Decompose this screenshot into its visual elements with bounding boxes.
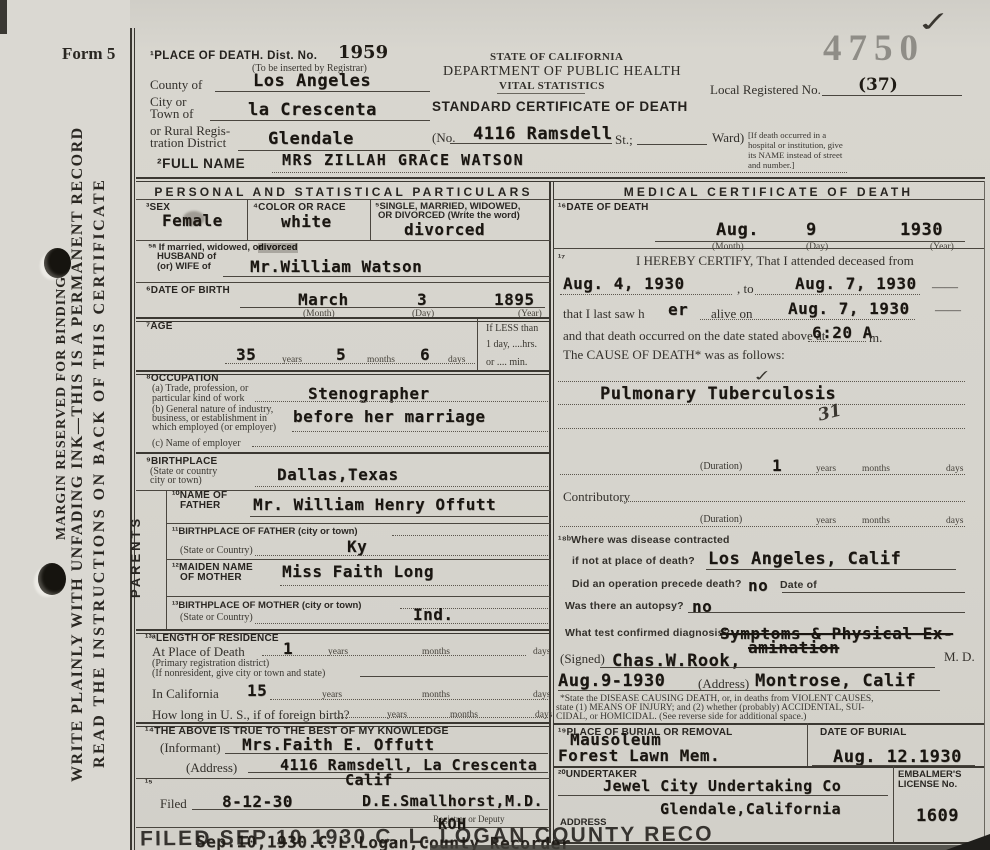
rule	[822, 95, 962, 96]
punch-hole	[44, 248, 71, 278]
city-label-2: Town of	[150, 107, 194, 122]
rural-label-2: tration District	[150, 136, 226, 151]
filed-date-value: 8-12-30	[222, 794, 293, 810]
rule	[280, 585, 548, 586]
rule	[166, 523, 551, 524]
years-caption: years	[387, 711, 407, 721]
ink-smudge	[183, 211, 205, 226]
date-of-burial-value: Aug. 12.1930	[833, 749, 962, 766]
contributory-label: Contributory	[563, 490, 630, 505]
residence-california-label: In California	[152, 687, 219, 702]
department-heading: DEPARTMENT OF PUBLIC HEALTH	[443, 64, 681, 80]
rule	[360, 676, 548, 677]
street-value: 4116 Ramsdell	[473, 126, 613, 143]
duration-years-value: 1	[772, 458, 782, 474]
rule	[130, 28, 135, 850]
county-value: Los Angeles	[253, 73, 371, 90]
street-suffix-label: St.;	[615, 133, 633, 148]
occupation-b-label-3: which employed (or employer)	[152, 422, 276, 434]
residence-note-2: (If nonresident, give city or town and s…	[152, 668, 325, 680]
rule	[255, 555, 548, 556]
death-day-value: 9	[806, 222, 817, 239]
to-label: , to	[737, 282, 754, 297]
birthplace-sub-2: city or town)	[150, 475, 202, 487]
age-less-label-1: If LESS than	[486, 323, 538, 335]
margin-permanent-record-text: WRITE PLAINLY WITH UNFADING INK—THIS IS …	[70, 126, 86, 782]
operation-value: no	[748, 578, 768, 594]
rule	[225, 363, 475, 364]
rule	[136, 282, 551, 283]
disease-contracted-label: ¹⁸ᵇWhere was disease contracted	[558, 535, 730, 547]
hospital-note-line2: hospital or institution, give	[748, 140, 843, 151]
state-or-country-caption: (State or Country)	[180, 612, 253, 624]
rule	[255, 486, 548, 487]
footnote-line-3: CIDAL, or HOMICIDAL. (See reverse side f…	[556, 712, 806, 723]
rule	[252, 446, 548, 447]
rule	[272, 172, 847, 173]
certificate-title: STANDARD CERTIFICATE OF DEATH	[432, 100, 688, 115]
death-month-value: Aug.	[716, 222, 759, 239]
rule	[497, 93, 585, 94]
father-birthplace-label: ¹¹BIRTHPLACE OF FATHER (city or town)	[172, 527, 358, 537]
months-caption: months	[367, 356, 395, 366]
mother-maiden-label-2: OF MOTHER	[180, 572, 242, 583]
age-months-value: 5	[336, 347, 346, 363]
hospital-note-line1: [If death occurred in a	[748, 130, 826, 141]
disease-contracted-sub-label: if not at place of death?	[572, 556, 695, 568]
serial-number-stamp: 4750	[823, 30, 925, 67]
last-saw-date-value: Aug. 7, 1930	[788, 301, 910, 317]
local-registered-no-value: (37)	[858, 77, 898, 94]
spouse-value: Mr.William Watson	[250, 259, 422, 275]
parents-vertical-label: PARENTS	[129, 516, 142, 598]
state-of-california-heading: STATE OF CALIFORNIA	[490, 51, 623, 63]
rule	[553, 199, 984, 200]
county-label: County of	[150, 78, 202, 93]
form-number-label: Form 5	[62, 44, 115, 64]
rule	[558, 404, 965, 405]
rule	[560, 294, 732, 295]
residence-california-value: 15	[247, 683, 267, 699]
rule	[558, 795, 888, 796]
rule	[553, 766, 984, 768]
filed-label: Filed	[160, 797, 187, 812]
rule	[558, 428, 965, 429]
physician-address-value: Montrose, Calif	[755, 673, 916, 690]
age-less-label-2: 1 day, ....hrs.	[486, 339, 537, 351]
rule	[700, 319, 915, 320]
rule	[223, 276, 550, 277]
dob-month-value: March	[298, 292, 349, 308]
test-confirmed-value-2: amination	[748, 640, 839, 656]
informant-address-value-2: Calif	[345, 773, 393, 788]
rule	[706, 569, 956, 570]
rule	[255, 401, 548, 402]
scan-edge-artifact	[0, 0, 7, 34]
spouse-label-divorced: divorced	[258, 243, 298, 253]
rule	[450, 143, 612, 144]
medical-section-title: MEDICAL CERTIFICATE OF DEATH	[553, 186, 984, 199]
rule	[166, 559, 551, 560]
attended-from-value: Aug. 4, 1930	[563, 276, 685, 292]
autopsy-label: Was there an autopsy?	[565, 601, 684, 613]
informant-value: Mrs.Faith E. Offutt	[242, 737, 435, 753]
occupation-c-label: (c) Name of employer	[152, 438, 241, 450]
rural-district-value: Glendale	[268, 131, 354, 148]
rule	[808, 341, 866, 342]
mother-maiden-value: Miss Faith Long	[282, 564, 434, 580]
father-birthplace-value: Ky	[347, 539, 367, 555]
rule	[255, 623, 548, 624]
ward-label: Ward)	[712, 131, 744, 146]
wife-of-label: (or) WIFE of	[157, 262, 211, 272]
informant-address-value: 4116 Ramsdell, La Crescenta	[280, 758, 537, 773]
rule	[755, 294, 920, 295]
father-name-value: Mr. William Henry Offutt	[253, 497, 496, 513]
margin-instructions-text: READ THE INSTRUCTIONS ON BACK OF THIS CE…	[92, 178, 108, 768]
months-caption: months	[450, 711, 478, 721]
rule	[136, 240, 551, 241]
age-less-label-3: or .... min.	[486, 357, 527, 369]
undertaker-address-value: Glendale,California	[660, 802, 841, 817]
last-saw-er-value: er	[668, 302, 688, 318]
rule	[210, 120, 430, 121]
address-caption: (Address)	[186, 761, 237, 776]
rule	[192, 809, 548, 810]
death-occurred-text: and that death occurred on the date stat…	[563, 329, 825, 344]
district-number-value: 1959	[338, 44, 388, 62]
test-confirmed-label: What test confirmed diagnosis?	[565, 628, 730, 640]
place-of-burial-value-2: Forest Lawn Mem.	[558, 748, 720, 764]
date-of-birth-label: ⁶DATE OF BIRTH	[146, 285, 230, 296]
rule	[549, 181, 554, 843]
hospital-note-line4: and number.]	[748, 160, 794, 171]
dob-day-value: 3	[417, 292, 427, 308]
rule	[688, 612, 965, 613]
cause-of-death-value: Pulmonary Tuberculosis	[600, 386, 836, 403]
rule	[558, 690, 940, 691]
rule	[335, 717, 548, 718]
days-caption: days	[448, 356, 465, 366]
rule	[477, 319, 478, 371]
rule	[558, 381, 965, 382]
rule	[553, 248, 984, 249]
place-of-death-label: ¹PLACE OF DEATH. Dist. No.	[150, 50, 317, 63]
punch-hole	[38, 563, 66, 595]
registrar-signature-value: D.E.Smallhorst,M.D.	[362, 794, 543, 809]
rule	[250, 516, 548, 517]
rule	[215, 91, 430, 92]
rule	[136, 452, 551, 454]
rule	[392, 535, 548, 536]
months-caption: months	[422, 648, 450, 658]
md-label: M. D.	[944, 650, 975, 665]
operation-label: Did an operation precede death?	[572, 579, 742, 591]
checkmark-icon: ✓	[914, 5, 955, 40]
date-of-death-label: ¹⁶DATE OF DEATH	[558, 202, 649, 213]
informant-caption: (Informant)	[160, 741, 221, 756]
years-caption: years	[282, 356, 302, 366]
undertaker-value: Jewel City Undertaking Co	[603, 779, 841, 794]
margin-binding-text: MARGIN RESERVED FOR BINDING	[55, 276, 69, 540]
rule	[247, 200, 248, 240]
rule	[620, 501, 965, 502]
cause-code-handwritten: 31	[816, 402, 843, 424]
embalmer-license-value: 1609	[916, 808, 959, 825]
rule	[893, 766, 894, 843]
rule	[136, 317, 551, 322]
signed-caption: (Signed)	[560, 652, 605, 667]
residence-label: ¹³ᵃLENGTH OF RESIDENCE	[145, 633, 279, 644]
rule	[136, 177, 985, 182]
city-value: la Crescenta	[248, 102, 377, 119]
hospital-note-line3: its NAME instead of street	[748, 150, 842, 161]
rule	[270, 699, 548, 700]
duration-caption: (Duration)	[700, 461, 742, 473]
days-caption: days	[535, 711, 552, 721]
signed-date-value: Aug.9-1930	[558, 673, 665, 690]
mother-birthplace-label: ¹³BIRTHPLACE OF MOTHER (city or town)	[172, 601, 361, 611]
dash-mark: ——	[932, 280, 958, 295]
rule	[166, 490, 167, 630]
cause-of-death-label: The CAUSE OF DEATH* was as follows:	[563, 348, 785, 363]
vital-statistics-heading: VITAL STATISTICS	[499, 80, 605, 92]
state-or-country-caption: (State or Country)	[180, 545, 253, 557]
full-name-label: ²FULL NAME	[157, 157, 245, 172]
dash-mark: ——	[935, 303, 961, 318]
dob-year-value: 1895	[494, 292, 535, 308]
rule	[553, 723, 984, 725]
rule	[240, 307, 545, 308]
rule	[136, 778, 551, 779]
death-certificate-document: Form 5 MARGIN RESERVED FOR BINDING WRITE…	[0, 0, 990, 850]
certify-text: I HEREBY CERTIFY, That I attended deceas…	[636, 254, 914, 269]
filed-item-number: ¹⁵	[145, 779, 153, 789]
date-of-burial-label: DATE OF BURIAL	[820, 727, 907, 738]
marital-value: divorced	[404, 222, 485, 238]
residence-us-label: How long in U. S., if of foreign birth?	[152, 708, 350, 723]
last-saw-text-1: that I last saw h	[563, 307, 645, 322]
rule	[225, 753, 548, 754]
duration-caption: (Duration)	[700, 514, 742, 526]
days-caption: days	[533, 648, 550, 658]
rule	[370, 200, 371, 240]
personal-section-title: PERSONAL AND STATISTICAL PARTICULARS	[136, 186, 551, 199]
occupation-a-label-2: particular kind of work	[152, 393, 244, 405]
rule	[984, 181, 985, 843]
scan-edge-artifact	[430, 845, 990, 850]
embalmer-license-label-2: LICENSE No.	[898, 780, 957, 790]
certify-item-number: ¹⁷	[558, 254, 565, 264]
rule	[262, 655, 526, 656]
m-label: m.	[869, 331, 882, 346]
attended-to-value: Aug. 7, 1930	[795, 276, 917, 292]
rule	[782, 592, 965, 593]
rule	[560, 474, 965, 475]
color-or-race-value: white	[281, 214, 332, 230]
rule	[292, 431, 548, 432]
full-name-value: MRS ZILLAH GRACE WATSON	[282, 153, 524, 168]
rule	[560, 526, 965, 527]
death-time-value: 6:20 A	[812, 325, 873, 341]
mother-birthplace-value: Ind.	[413, 607, 454, 623]
local-registered-no-label: Local Registered No.	[710, 83, 821, 98]
rule	[600, 667, 935, 668]
rule	[136, 199, 549, 200]
rule	[166, 596, 551, 597]
operation-date-label: Date of	[780, 580, 817, 592]
rule	[637, 144, 707, 145]
rule	[248, 772, 548, 773]
occupation-a-value: Stenographer	[308, 386, 430, 402]
age-label: ⁷AGE	[146, 321, 173, 332]
occupation-b-value: before her marriage	[293, 409, 486, 425]
father-name-label-2: FATHER	[180, 500, 220, 511]
death-year-value: 1930	[900, 222, 943, 239]
years-caption: years	[328, 648, 348, 658]
checkmark-icon: ✓	[751, 366, 773, 385]
age-years-value: 35	[236, 347, 256, 363]
rule	[807, 723, 808, 766]
age-days-value: 6	[420, 347, 430, 363]
birthplace-value: Dallas,Texas	[277, 467, 399, 483]
disease-contracted-value: Los Angeles, Calif	[708, 551, 901, 568]
